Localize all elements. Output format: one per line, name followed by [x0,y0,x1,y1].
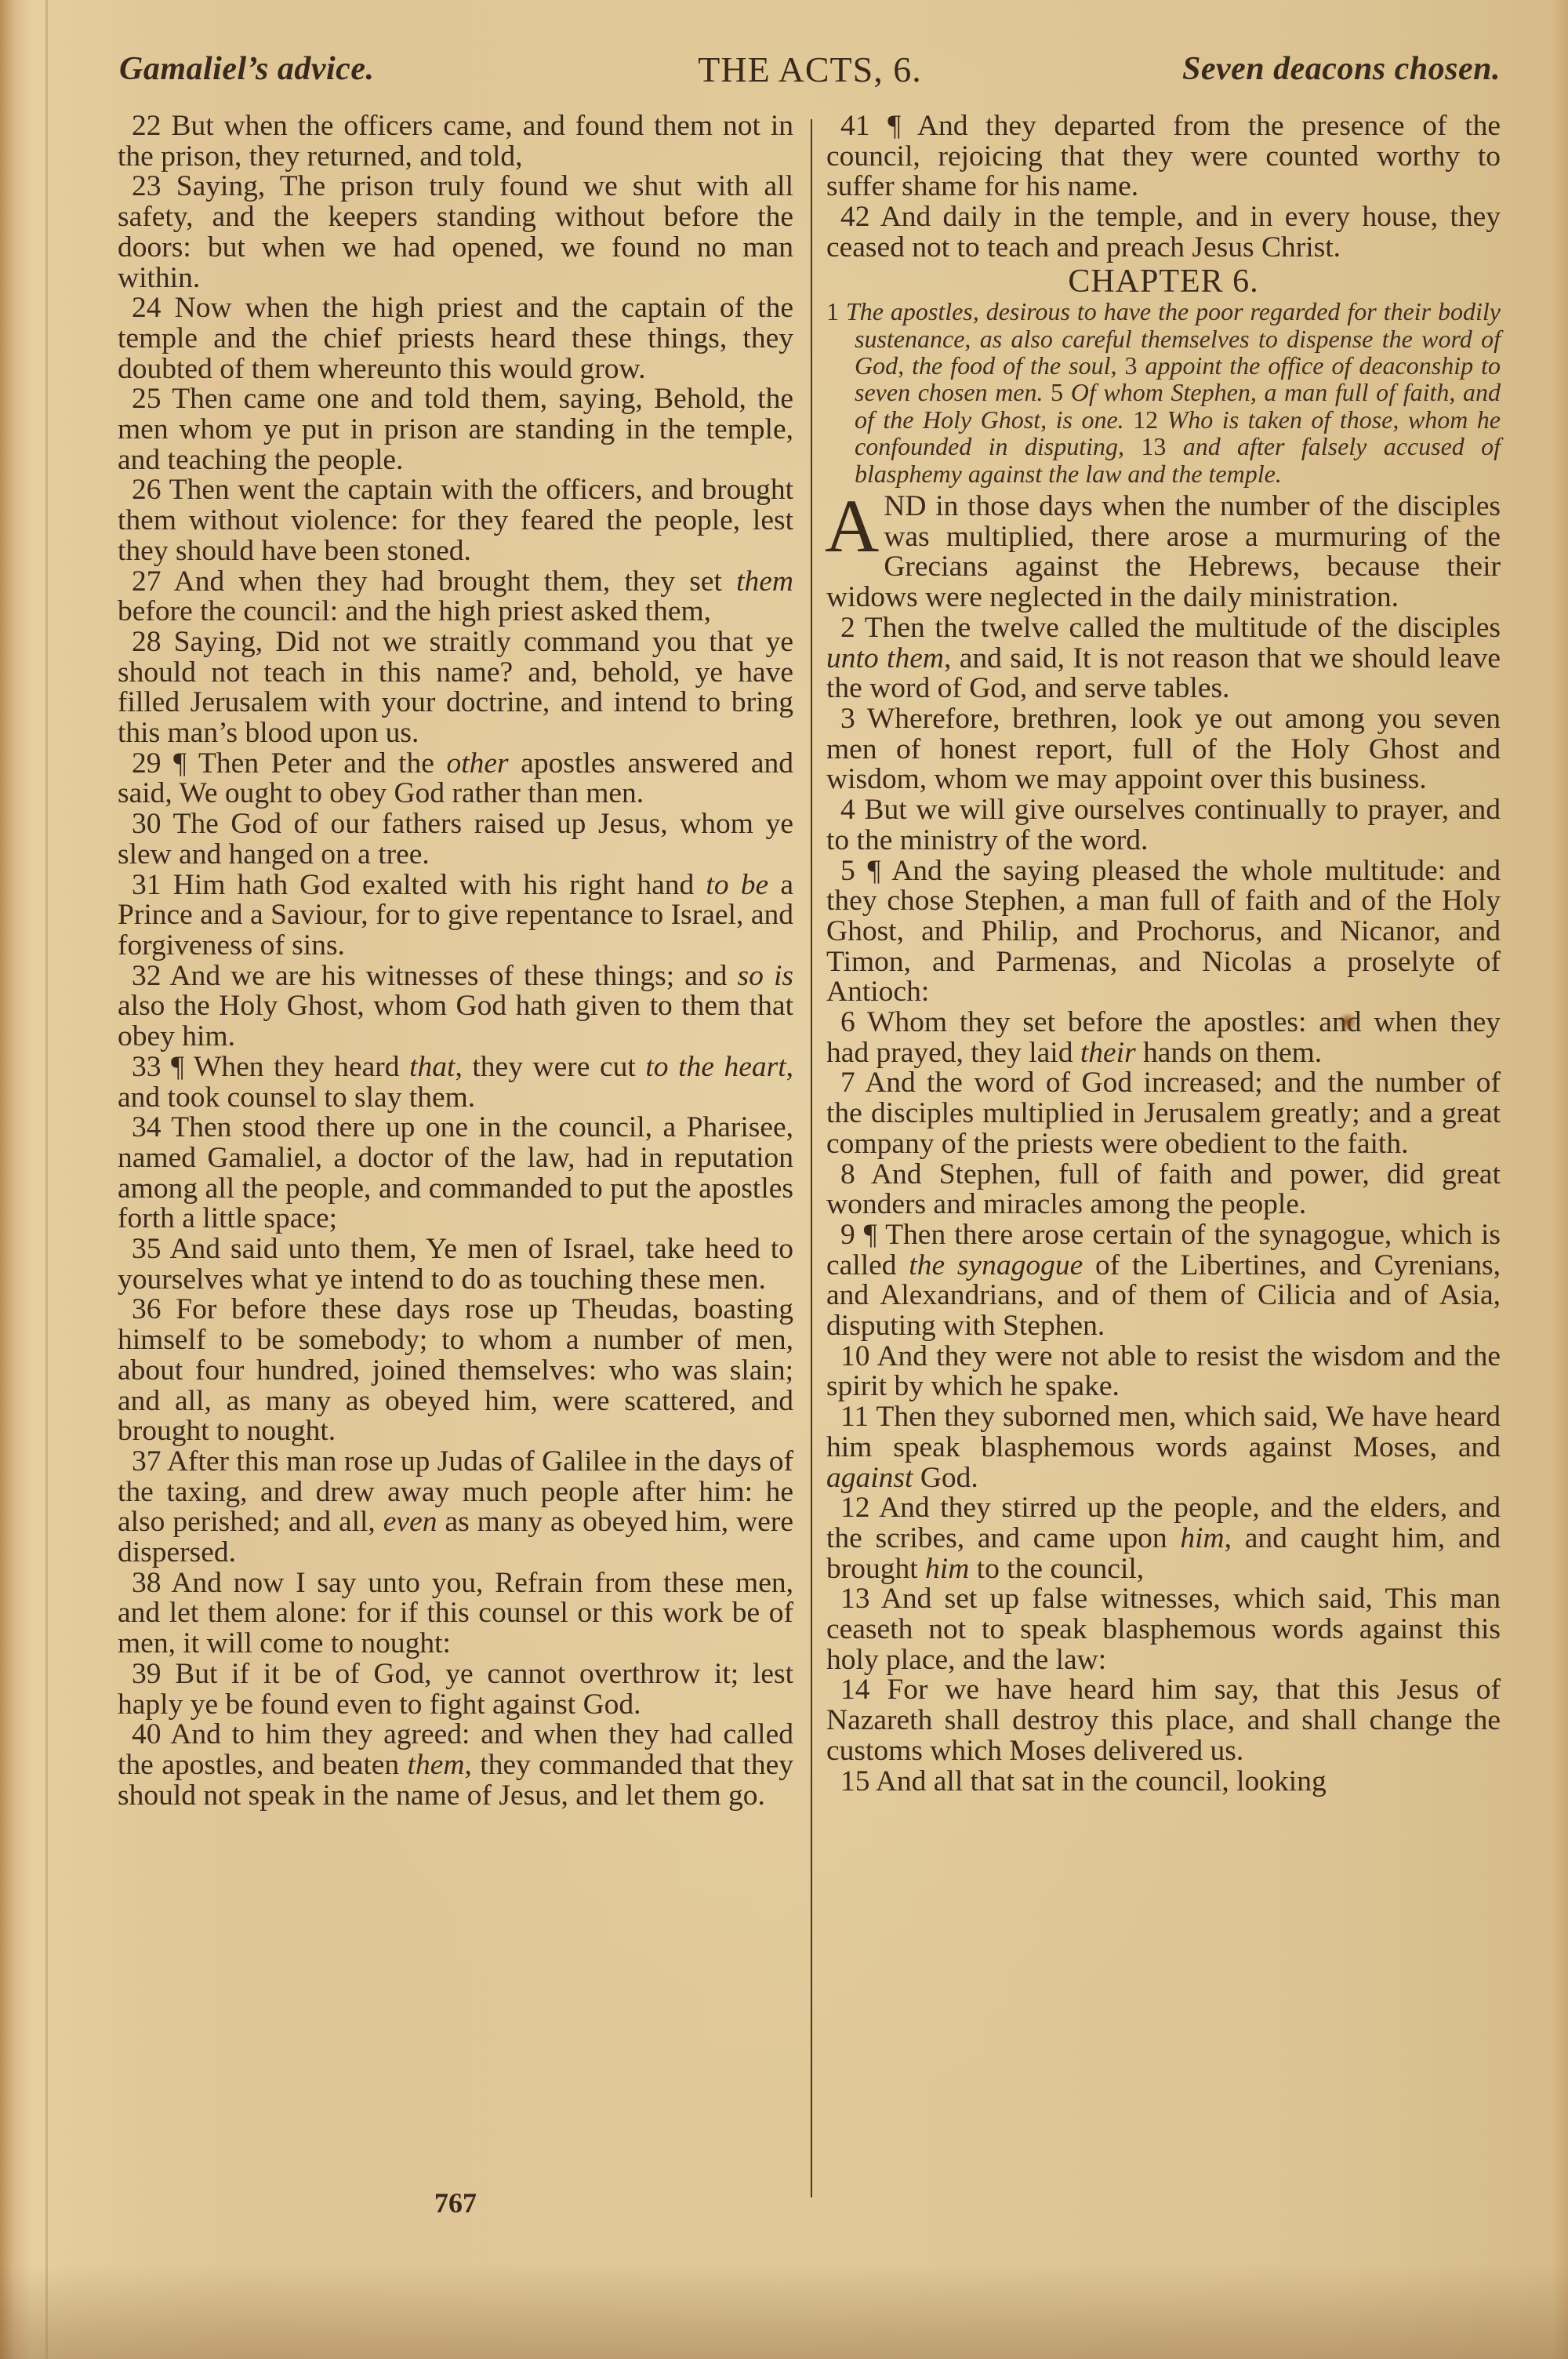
column-divider-rule [811,119,812,2197]
verse-text: Saying, Did not we straitly command you … [118,626,793,749]
verse: 40 And to him they agreed: and when they… [118,1720,793,1811]
page-fold-edge [45,0,48,2359]
italic-supplied-word: their [1080,1037,1136,1069]
verse-number: 13 [840,1583,870,1615]
verse-text: And set up false witnesses, which said, … [826,1583,1501,1675]
verse: 10 And they were not able to resist the … [826,1342,1501,1402]
verse: 42 And daily in the temple, and in every… [826,202,1501,263]
italic-supplied-word: them [736,565,793,598]
italic-supplied-word: the synagogue [909,1249,1083,1281]
verse-number: 2 [840,612,855,644]
paper-stain [1339,1012,1356,1032]
verse-number: 31 [132,869,162,901]
verse-number: 4 [840,794,855,826]
verse-text: And daily in the temple, and in every ho… [826,201,1501,264]
verse-number: 41 ¶ [840,110,901,142]
right-text-column: 41 ¶ And they departed from the presence… [826,111,1501,1797]
verse-number: 26 [132,474,162,506]
opening-small-caps: ND [884,490,926,522]
verse: 25 Then came one and told them, saying, … [118,384,793,475]
verse-text: But when the officers came, and found th… [118,110,793,173]
verse: 7 And the word of God increased; and the… [826,1068,1501,1159]
verse: 15 And all that sat in the council, look… [826,1767,1501,1797]
chapter-heading: CHAPTER 6. [826,267,1501,297]
verse-text: Then came one and told them, saying, Beh… [118,383,793,475]
verse-number: 9 ¶ [840,1219,877,1251]
verse-text: And all that sat in the council, looking [876,1765,1327,1797]
verse-text: And the word of God increased; and the n… [826,1067,1501,1159]
verse-text: And the saying pleased the whole multitu… [826,855,1501,1009]
italic-supplied-word: to the heart [645,1051,786,1083]
italic-supplied-word: against [826,1462,913,1494]
summary-verse-number: 12 [1133,405,1158,434]
verse-text: And said unto them, Ye men of Israel, ta… [118,1233,793,1296]
verse-number: 40 [132,1718,162,1750]
verse: 5 ¶ And the saying pleased the whole mul… [826,856,1501,1009]
verse: 9 ¶ Then there arose certain of the syna… [826,1220,1501,1342]
verse-number: 5 ¶ [840,855,881,887]
verse-number: 33 ¶ [132,1051,184,1083]
verse-text: , they were cut [455,1051,645,1083]
verse-text: Then Peter and the [198,747,446,780]
verse-number: 38 [132,1567,162,1599]
verse-text: Saying, The prison truly found we shut w… [118,170,793,293]
verse-text: Then went the captain with the officers,… [118,474,793,566]
verse: 33 ¶ When they heard that, they were cut… [118,1052,793,1113]
verse-text: Then they suborned men, which said, We h… [826,1401,1501,1463]
verse-number: 6 [840,1006,855,1038]
verse-text: And they were not able to resist the wis… [826,1340,1501,1403]
italic-supplied-word: even [383,1506,437,1538]
verse-text: to the council, [969,1553,1144,1585]
right-running-head: Seven deacons chosen. [1182,50,1501,88]
verse: 34 Then stood there up one in the counci… [118,1113,793,1234]
verse: 3 Wherefore, brethren, look ye out among… [826,704,1501,795]
verse: 8 And Stephen, full of faith and power, … [826,1160,1501,1220]
verse: 26 Then went the captain with the office… [118,475,793,566]
verse: 32 And we are his witnesses of these thi… [118,961,793,1052]
summary-verse-number: 1 [826,297,839,325]
verse: 12 And they stirred up the people, and t… [826,1493,1501,1584]
verses-before-chapter: 41 ¶ And they departed from the presence… [826,111,1501,264]
verse: 41 ¶ And they departed from the presence… [826,111,1501,202]
verse-text: Wherefore, brethren, look ye out among y… [826,703,1501,795]
verse-text: hands on them. [1136,1037,1322,1069]
italic-supplied-word: them [408,1749,465,1781]
verse-number: 42 [840,201,870,233]
verse-text: But we will give ourselves continually t… [826,794,1501,856]
verse-number: 39 [132,1658,162,1690]
verse: 38 And now I say unto you, Refrain from … [118,1568,793,1659]
verse-number: 11 [840,1401,869,1433]
verse-number: 28 [132,626,162,658]
verse: 31 Him hath God exalted with his right h… [118,871,793,961]
opening-verse: AND in those days when the number of the… [826,492,1501,613]
summary-verse-number: 3 [1124,351,1137,380]
verse-text: Then the twelve called the multitude of … [865,612,1501,644]
verse-number: 27 [132,565,162,598]
verse: 36 For before these days rose up Theudas… [118,1295,793,1447]
verse-text: For we have heard him say, that this Jes… [826,1674,1501,1766]
verse: 4 But we will give ourselves continually… [826,795,1501,856]
italic-supplied-word: other [446,747,508,780]
opening-verse-text: in those days when the number of the dis… [826,490,1501,613]
verse-text: God. [913,1462,978,1494]
verse: 37 After this man rose up Judas of Galil… [118,1447,793,1568]
italic-supplied-word: to be [706,869,768,901]
verse-number: 15 [840,1765,870,1797]
verse-number: 8 [840,1158,855,1190]
verse-number: 32 [132,960,162,992]
verse-text: And they departed from the presence of t… [826,110,1501,202]
verse-number: 12 [840,1492,870,1524]
verse-text: But if it be of God, ye cannot overthrow… [118,1658,793,1721]
verse-text: also the Holy Ghost, whom God hath given… [118,990,793,1052]
verse-text: before the council: and the high priest … [118,595,711,627]
chapter-summary: 1 The apostles, desirous to have the poo… [826,298,1501,487]
verse-text: When they heard [194,1051,409,1083]
italic-supplied-word: him [925,1553,969,1585]
verse-number: 25 [132,383,162,415]
verse-number: 14 [840,1674,870,1706]
verse: 22 But when the officers came, and found… [118,111,793,172]
verse-number: 24 [132,292,162,324]
summary-verse-number: 5 [1051,378,1063,406]
verse-text: And when they had brought them, they set [174,565,736,598]
verse-text: Then stood there up one in the council, … [118,1111,793,1234]
verse-text: Now when the high priest and the captain… [118,292,793,384]
verse-text: And we are his witnesses of these things… [170,960,738,992]
verse: 35 And said unto them, Ye men of Israel,… [118,1234,793,1295]
summary-verse-number: 13 [1141,432,1166,460]
verse-text: For before these days rose up Theudas, b… [118,1293,793,1447]
italic-supplied-word: unto them [826,642,944,674]
verse: 24 Now when the high priest and the capt… [118,293,793,384]
verse: 23 Saying, The prison truly found we shu… [118,172,793,293]
verse-text: And now I say unto you, Refrain from the… [118,1567,793,1659]
chapter-verses: 2 Then the twelve called the multitude o… [826,613,1501,1797]
verse: 29 ¶ Then Peter and the other apostles a… [118,749,793,809]
verse-text: Him hath God exalted with his right hand [173,869,706,901]
verse-number: 22 [132,110,162,142]
verse: 2 Then the twelve called the multitude o… [826,613,1501,704]
verse: 39 But if it be of God, ye cannot overth… [118,1659,793,1720]
verse: 14 For we have heard him say, that this … [826,1675,1501,1766]
verse-number: 35 [132,1233,162,1265]
left-text-column: 22 But when the officers came, and found… [118,111,793,1811]
page-number: 767 [118,2186,793,2219]
verse-number: 3 [840,703,855,735]
verse-number: 23 [132,170,162,202]
verse-number: 36 [132,1293,162,1325]
verse-text: The God of our fathers raised up Jesus, … [118,808,793,871]
verse: 30 The God of our fathers raised up Jesu… [118,809,793,870]
italic-supplied-word: so is [738,960,793,992]
running-header: Gamaliel’s advice. THE ACTS, 6. Seven de… [119,45,1501,100]
verse-number: 37 [132,1445,162,1478]
verse-number: 10 [840,1340,870,1372]
italic-supplied-word: that [409,1051,455,1083]
verse-number: 7 [840,1067,855,1099]
verse-number: 34 [132,1111,162,1143]
drop-cap-letter: A [825,495,879,554]
verse: 13 And set up false witnesses, which sai… [826,1584,1501,1675]
verse: 28 Saying, Did not we straitly command y… [118,627,793,749]
verse: 6 Whom they set before the apostles: and… [826,1008,1501,1068]
italic-supplied-word: him [1180,1522,1224,1554]
verse-number: 29 ¶ [132,747,187,780]
verse-text: And Stephen, full of faith and power, di… [826,1158,1501,1221]
verse-number: 30 [132,808,162,840]
verse: 27 And when they had brought them, they … [118,567,793,627]
verse: 11 Then they suborned men, which said, W… [826,1402,1501,1493]
